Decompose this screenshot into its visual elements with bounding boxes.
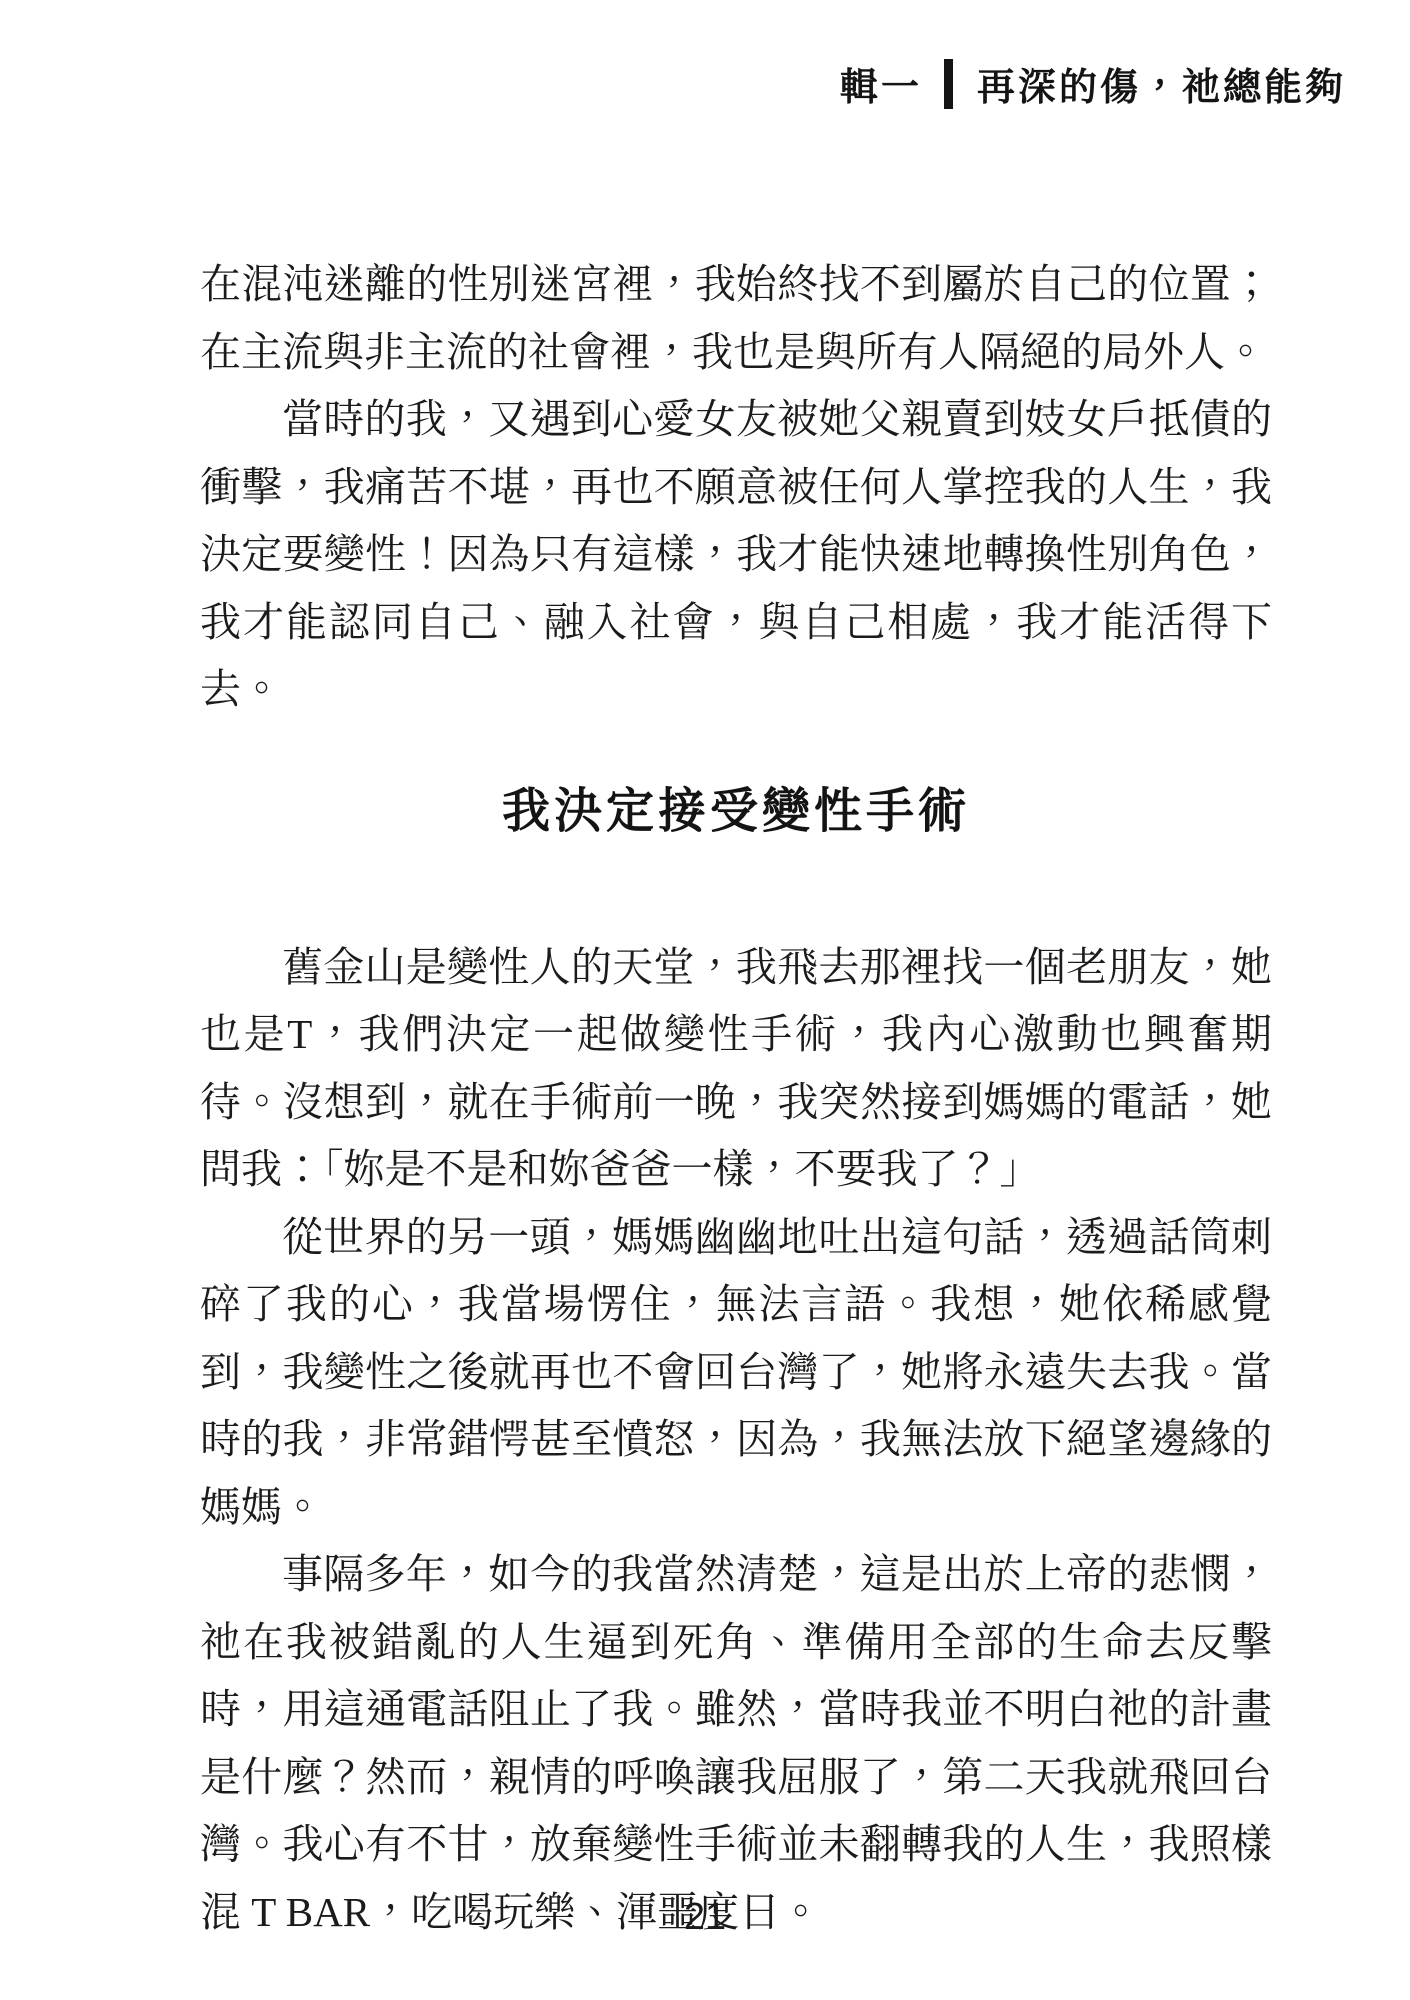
chapter-title: 再深的傷，祂總能夠 <box>977 56 1346 111</box>
page-number: 21 <box>0 1896 1410 1939</box>
paragraph: 從世界的另一頭，媽媽幽幽地吐出這句話，透過話筒刺碎了我的心，我當場愣住，無法言語… <box>200 1204 1272 1542</box>
book-page: 輯一 再深的傷，祂總能夠 在混沌迷離的性別迷宮裡，我始終找不到屬於自己的位置；在… <box>0 0 1410 2000</box>
header-separator-bar-icon <box>944 59 953 109</box>
paragraph: 事隔多年，如今的我當然清楚，這是出於上帝的悲憫，祂在我被錯亂的人生逼到死角、準備… <box>200 1541 1272 1946</box>
page-body: 在混沌迷離的性別迷宮裡，我始終找不到屬於自己的位置；在主流與非主流的社會裡，我也… <box>200 251 1272 1946</box>
paragraph: 在混沌迷離的性別迷宮裡，我始終找不到屬於自己的位置；在主流與非主流的社會裡，我也… <box>200 251 1272 386</box>
paragraph: 當時的我，又遇到心愛女友被她父親賣到妓女戶抵債的衝擊，我痛苦不堪，再也不願意被任… <box>200 386 1272 724</box>
section-heading: 我決定接受變性手術 <box>200 786 1272 838</box>
chapter-number: 輯一 <box>840 56 922 111</box>
paragraph: 舊金山是變性人的天堂，我飛去那裡找一個老朋友，她也是T，我們決定一起做變性手術，… <box>200 934 1272 1204</box>
running-header: 輯一 再深的傷，祂總能夠 <box>840 56 1346 111</box>
